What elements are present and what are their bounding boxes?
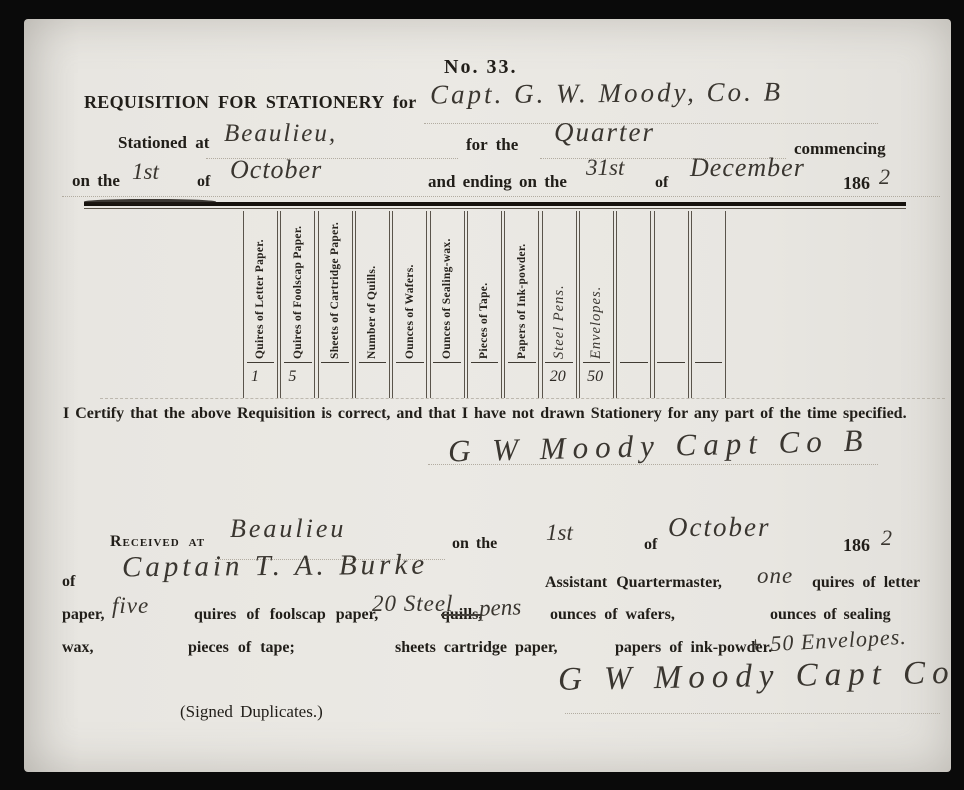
- entry-received-place: Beaulieu: [230, 516, 346, 542]
- received-at-label: Received at: [110, 534, 205, 550]
- column-value: [655, 363, 688, 398]
- entry-end-day: 31st: [586, 156, 624, 179]
- column-value: 5: [281, 363, 314, 398]
- requisition-table: Quires of Letter Paper. 1 Quires of Fool…: [243, 211, 726, 398]
- of-label: of: [62, 574, 75, 590]
- entry-quartermaster-name: Captain T. A. Burke: [122, 551, 428, 583]
- table-column: Steel Pens. 20: [542, 211, 577, 398]
- tape-label: pieces of tape;: [188, 640, 295, 656]
- sealing-label: ounces of sealing: [770, 607, 891, 623]
- table-column: [616, 211, 651, 398]
- stationed-at-label: Stationed at: [118, 134, 209, 151]
- entry-start-month: October: [230, 157, 322, 183]
- on-the-label: on the: [72, 172, 120, 189]
- column-value: [505, 363, 538, 398]
- column-value: [356, 363, 389, 398]
- ending-label: and ending on the: [428, 173, 567, 190]
- signature-received: G W Moody Capt Co B: [558, 656, 964, 697]
- certification-text: I Certify that the above Requisition is …: [63, 406, 907, 422]
- entry-received-day: 1st: [546, 521, 573, 544]
- column-value: [468, 363, 501, 398]
- column-value: [431, 363, 464, 398]
- year-printed: 186: [843, 174, 870, 192]
- table-column: Sheets of Cartridge Paper.: [318, 211, 353, 398]
- column-header: Pieces of Tape.: [478, 211, 490, 362]
- doc-number: No. 33.: [444, 57, 517, 77]
- of-label: of: [644, 537, 657, 553]
- signature-line: [428, 464, 878, 465]
- column-header-handwritten: Envelopes.: [588, 211, 605, 362]
- column-header: Number of Quills.: [366, 211, 378, 362]
- table-column: Ounces of Wafers.: [392, 211, 427, 398]
- table-column: Ounces of Sealing-wax.: [430, 211, 465, 398]
- on-the-label: on the: [452, 536, 497, 552]
- table-column: Papers of Ink-powder.: [504, 211, 539, 398]
- column-header: Sheets of Cartridge Paper.: [329, 211, 341, 362]
- column-value: [319, 363, 352, 398]
- commencing-label: commencing: [794, 140, 886, 157]
- table-column: Number of Quills.: [355, 211, 390, 398]
- table-column: [691, 211, 726, 398]
- entry-end-month: December: [690, 155, 805, 181]
- of-label: of: [655, 175, 668, 191]
- entry-start-day: 1st: [132, 160, 159, 183]
- entry-received-month: October: [668, 514, 770, 541]
- column-value: [692, 363, 725, 398]
- year-printed: 186: [843, 536, 870, 554]
- entry-officer-name: Capt. G. W. Moody, Co. B: [430, 78, 783, 108]
- column-value: 20: [543, 363, 576, 398]
- entry-year-digit: 2: [881, 527, 892, 549]
- column-header: Ounces of Wafers.: [404, 211, 416, 362]
- table-bottom-rule: [100, 398, 945, 399]
- column-header-handwritten: Steel Pens.: [551, 211, 568, 362]
- entry-period: Quarter: [554, 119, 655, 146]
- entry-qty-letter: one: [757, 564, 793, 587]
- column-value: [617, 363, 650, 398]
- entry-stationed-place: Beaulieu,: [224, 121, 337, 146]
- table-column: Quires of Letter Paper. 1: [243, 211, 278, 398]
- column-value: 1: [244, 363, 277, 398]
- of-label: of: [197, 174, 210, 190]
- table-column: Quires of Foolscap Paper. 5: [280, 211, 315, 398]
- blank-line: [62, 196, 940, 197]
- column-value: 50: [580, 363, 613, 398]
- ink-smear: [84, 199, 216, 205]
- column-header: Quires of Letter Paper.: [254, 211, 266, 362]
- signature-line: [565, 713, 940, 714]
- column-header: Papers of Ink-powder.: [516, 211, 528, 362]
- signed-duplicates-label: (Signed Duplicates.): [180, 703, 323, 720]
- form-title: REQUISITION FOR STATIONERY for: [84, 93, 417, 111]
- wax-label: wax,: [62, 640, 94, 656]
- column-header: Ounces of Sealing-wax.: [441, 211, 453, 362]
- entry-year-digit: 2: [879, 166, 890, 188]
- column-header: Quires of Foolscap Paper.: [292, 211, 304, 362]
- entry-pens-word: pens: [479, 595, 522, 619]
- table-column: [654, 211, 689, 398]
- entry-qty-foolscap: five: [112, 594, 149, 617]
- paper-label: paper,: [62, 607, 105, 623]
- scanned-document: No. 33. REQUISITION FOR STATIONERY for C…: [0, 0, 964, 790]
- column-value: [393, 363, 426, 398]
- table-column: Pieces of Tape.: [467, 211, 502, 398]
- table-column: Envelopes. 50: [579, 211, 614, 398]
- letter-paper-label: quires of letter: [812, 575, 920, 591]
- foolscap-label: quires of foolscap paper,: [194, 607, 378, 623]
- quills-label-struck: quills,: [441, 607, 482, 623]
- for-the-label: for the: [466, 136, 518, 153]
- cartridge-label: sheets cartridge paper,: [395, 640, 558, 656]
- wafers-label: ounces of wafers,: [550, 607, 675, 623]
- quartermaster-label: Assistant Quartermaster,: [545, 575, 722, 591]
